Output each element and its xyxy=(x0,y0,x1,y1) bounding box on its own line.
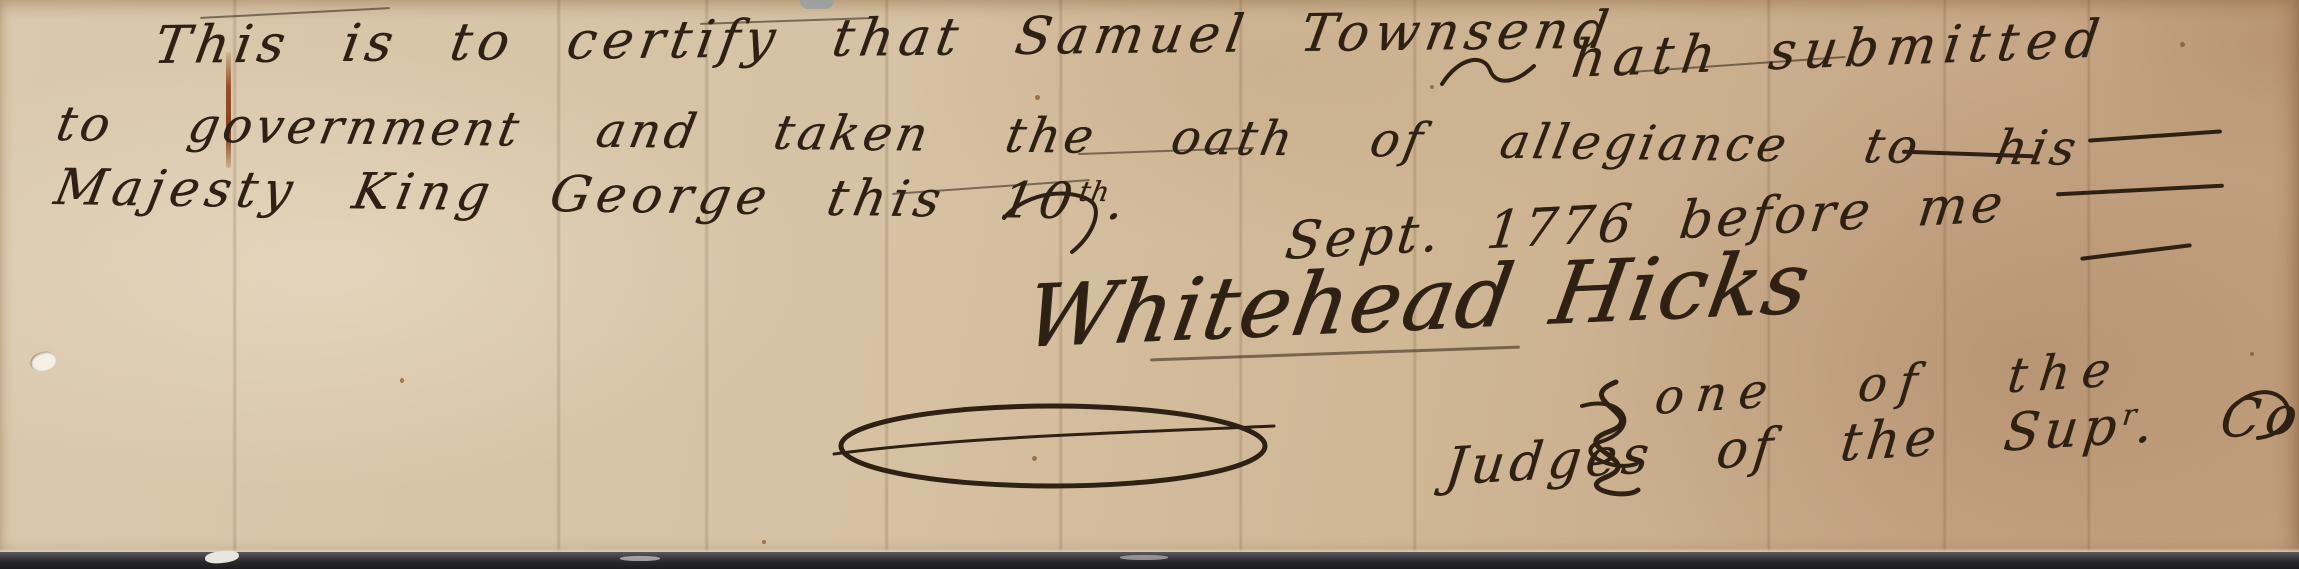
paper-fragment xyxy=(620,556,660,561)
paper-speck xyxy=(400,378,404,383)
fold-crease xyxy=(704,0,709,556)
fold-crease xyxy=(2086,0,2091,556)
pen-flourish-swash xyxy=(1438,52,1538,96)
paper-speck xyxy=(1035,95,1040,100)
paper-speck xyxy=(762,540,766,544)
certificate-photo: This is to certify that Samuel Townsend … xyxy=(0,0,2299,569)
fold-crease xyxy=(556,0,561,556)
pen-flourish-hook xyxy=(1002,182,1106,260)
signature-underline-flourish xyxy=(828,396,1278,496)
fold-crease xyxy=(232,0,237,556)
fold-crease xyxy=(1942,0,1947,556)
paper-speck xyxy=(1430,85,1434,89)
paper-speck xyxy=(2180,42,2185,47)
paper-fragment xyxy=(1120,555,1168,560)
paper-speck xyxy=(2250,352,2254,356)
background-notch xyxy=(800,0,834,9)
